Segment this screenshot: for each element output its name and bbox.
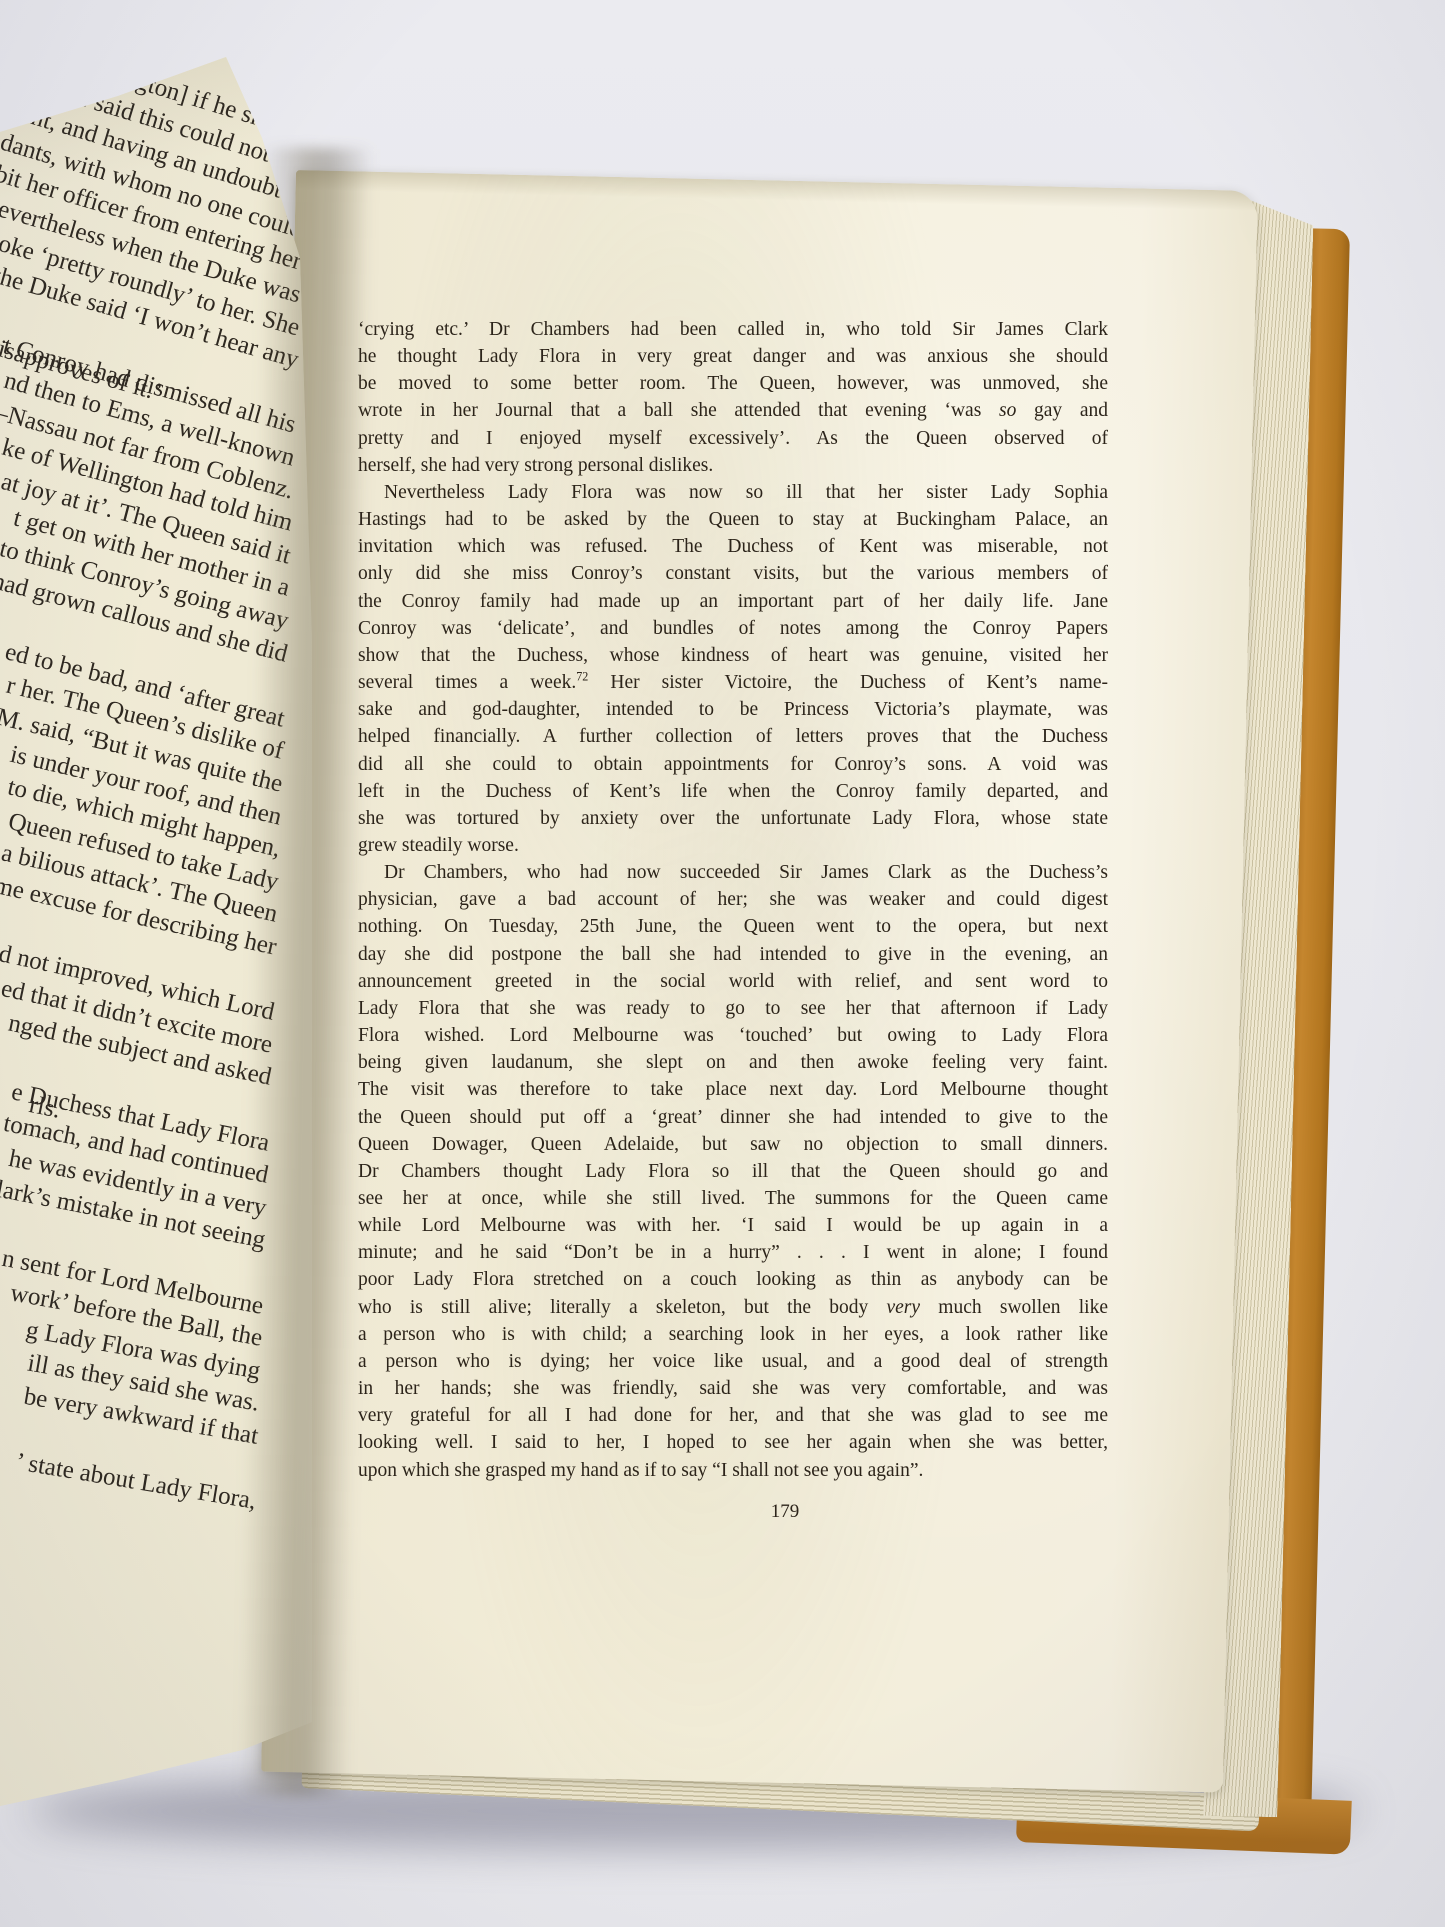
text-line: poor Lady Flora stretched on a couch loo… xyxy=(358,1266,1108,1293)
text-line: Nevertheless Lady Flora was now so ill t… xyxy=(358,479,1108,506)
text-line: sake and god-daughter, intended to be Pr… xyxy=(358,696,1108,723)
right-page-text: ‘crying etc.’ Dr Chambers had been calle… xyxy=(358,316,1108,1525)
text-line: herself, she had very strong personal di… xyxy=(358,452,1108,479)
text-line: helped financially. A further collection… xyxy=(358,723,1108,750)
text-line: she was tortured by anxiety over the unf… xyxy=(358,805,1108,832)
text-line: a person who is with child; a searching … xyxy=(358,1321,1108,1348)
text-line: Lady Flora that she was ready to go to s… xyxy=(358,995,1108,1022)
text-line: he thought Lady Flora in very great dang… xyxy=(358,343,1108,370)
text-line: physician, gave a bad account of her; sh… xyxy=(358,886,1108,913)
text-line: pretty and I enjoyed myself excessively’… xyxy=(358,425,1108,452)
text-line: Dr Chambers thought Lady Flora so ill th… xyxy=(358,1158,1108,1185)
text-line: in her hands; she was friendly, said she… xyxy=(358,1375,1108,1402)
text-line: Queen Dowager, Queen Adelaide, but saw n… xyxy=(358,1131,1108,1158)
text-line: several times a week.72 Her sister Victo… xyxy=(358,669,1108,696)
text-line: invitation which was refused. The Duches… xyxy=(358,533,1108,560)
page-number: 179 xyxy=(358,1498,1108,1525)
text-line: a person who is dying; her voice like us… xyxy=(358,1348,1108,1375)
text-line: left in the Duchess of Kent’s life when … xyxy=(358,778,1108,805)
text-line: Hastings had to be asked by the Queen to… xyxy=(358,506,1108,533)
text-line: nothing. On Tuesday, 25th June, the Quee… xyxy=(358,913,1108,940)
text-line: the Queen should put off a ‘great’ dinne… xyxy=(358,1104,1108,1131)
text-line: ‘crying etc.’ Dr Chambers had been calle… xyxy=(358,316,1108,343)
text-line: the Conroy family had made up an importa… xyxy=(358,588,1108,615)
text-line: upon which she grasped my hand as if to … xyxy=(358,1457,1108,1484)
text-line: being given laudanum, she slept on and t… xyxy=(358,1049,1108,1076)
text-line: Conroy was ‘delicate’, and bundles of no… xyxy=(358,615,1108,642)
text-line: The visit was therefore to take place ne… xyxy=(358,1076,1108,1103)
text-line: very grateful for all I had done for her… xyxy=(358,1402,1108,1429)
text-line: see her at once, while she still lived. … xyxy=(358,1185,1108,1212)
text-line: grew steadily worse. xyxy=(358,832,1108,859)
text-line: only did she miss Conroy’s constant visi… xyxy=(358,560,1108,587)
text-line: wrote in her Journal that a ball she att… xyxy=(358,397,1108,424)
text-line: show that the Duchess, whose kindness of… xyxy=(358,642,1108,669)
text-line: be moved to some better room. The Queen,… xyxy=(358,370,1108,397)
text-line: Flora wished. Lord Melbourne was ‘touche… xyxy=(358,1022,1108,1049)
text-line: minute; and he said “Don’t be in a hurry… xyxy=(358,1239,1108,1266)
text-line: looking well. I said to her, I hoped to … xyxy=(358,1429,1108,1456)
text-line: announcement greeted in the social world… xyxy=(358,968,1108,995)
book-photo: { "photo": { "page_number": "179", "colo… xyxy=(0,0,1445,1927)
text-line: who is still alive; literally a skeleton… xyxy=(358,1294,1108,1321)
text-line: did all she could to obtain appointments… xyxy=(358,751,1108,778)
text-line: day she did postpone the ball she had in… xyxy=(358,941,1108,968)
text-line: Dr Chambers, who had now succeeded Sir J… xyxy=(358,859,1108,886)
text-line: while Lord Melbourne was with her. ‘I sa… xyxy=(358,1212,1108,1239)
